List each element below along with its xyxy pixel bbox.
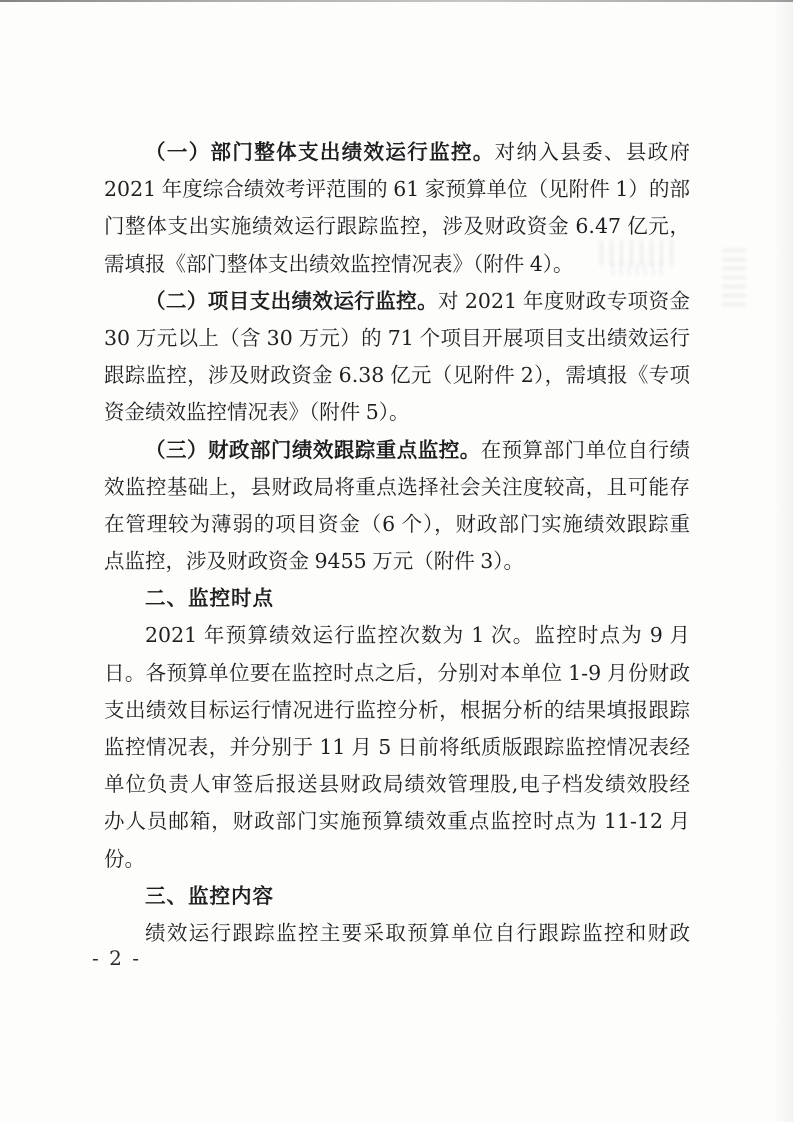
scan-edge-top [0, 0, 793, 2]
text-segment: 份。 [104, 847, 145, 871]
text-line: 在管理较为薄弱的项目资金（6 个），财政部门实施绩效跟踪重 [104, 506, 690, 543]
text-segment: 2021 年度综合绩效考评范围的 61 家预算单位（见附件 1）的部 [104, 177, 690, 201]
text-segment: 2021 年预算绩效运行监控次数为 1 次。监控时点为 9 月 30 [104, 623, 690, 654]
text-segment: 30 万元以上（含 30 万元）的 71 个项目开展项目支出绩效运行 [104, 326, 690, 350]
text-line: 效监控基础上，县财政局将重点选择社会关注度较高，且可能存 [104, 469, 690, 506]
text-segment: 支出绩效目标运行情况进行监控分析，根据分析的结果填报跟踪 [104, 698, 690, 722]
text-segment: （二）项目支出绩效运行监控。 [145, 289, 438, 313]
text-line: 30 万元以上（含 30 万元）的 71 个项目开展项目支出绩效运行 [104, 320, 690, 357]
text-line: 单位负责人审签后报送县财政局绩效管理股,电子档发绩效股经 [104, 766, 690, 803]
text-line: 监控情况表，并分别于 11 月 5 日前将纸质版跟踪监控情况表经 [104, 729, 690, 766]
text-segment: 绩效运行跟踪监控主要采取预算单位自行跟踪监控和财政 [145, 921, 690, 945]
text-segment: 二、监控时点 [145, 586, 274, 610]
scan-edge-right [773, 0, 793, 1122]
text-line: 支出绩效目标运行情况进行监控分析，根据分析的结果填报跟踪 [104, 692, 690, 729]
text-segment: 在预算部门单位自行绩 [481, 438, 690, 462]
document-page: （一）部门整体支出绩效运行监控。对纳入县委、县政府2021 年度综合绩效考评范围… [0, 0, 793, 1122]
document-lines: （一）部门整体支出绩效运行监控。对纳入县委、县政府2021 年度综合绩效考评范围… [104, 134, 690, 952]
text-segment: 跟踪监控，涉及财政资金 6.38 亿元（见附件 2），需填报《专项 [104, 363, 690, 387]
text-segment: 资金绩效监控情况表》（附件 5）。 [104, 400, 410, 424]
text-line: （三）财政部门绩效跟踪重点监控。在预算部门单位自行绩 [104, 432, 690, 469]
text-segment: 日。各预算单位要在监控时点之后，分别对本单位 1-9 月份财政 [104, 661, 690, 685]
text-segment: 需填报《部门整体支出绩效监控情况表》（附件 4）。 [104, 252, 574, 276]
text-segment: 对纳入县委、县政府 [495, 140, 690, 164]
text-line: 办人员邮箱，财政部门实施预算绩效重点监控时点为 11-12 月 [104, 803, 690, 840]
page-number: - 2 - [92, 946, 141, 970]
text-segment: 点监控，涉及财政资金 9455 万元（附件 3）。 [104, 549, 524, 573]
scan-artifact [722, 246, 746, 306]
text-segment: 三、监控内容 [145, 884, 274, 908]
text-segment: 监控情况表，并分别于 11 月 5 日前将纸质版跟踪监控情况表经 [104, 735, 690, 759]
text-line: 份。 [104, 841, 690, 878]
text-segment: 门整体支出实施绩效运行跟踪监控，涉及财政资金 6.47 亿元， [104, 214, 690, 238]
text-line: （二）项目支出绩效运行监控。对 2021 年度财政专项资金 [104, 283, 690, 320]
text-segment: （一）部门整体支出绩效运行监控。 [145, 140, 495, 164]
text-segment: 办人员邮箱，财政部门实施预算绩效重点监控时点为 11-12 月 [104, 809, 690, 833]
text-segment: 在管理较为薄弱的项目资金（6 个），财政部门实施绩效跟踪重 [104, 512, 690, 536]
text-line: 点监控，涉及财政资金 9455 万元（附件 3）。 [104, 543, 690, 580]
text-line: （一）部门整体支出绩效运行监控。对纳入县委、县政府 [104, 134, 690, 171]
text-line: 需填报《部门整体支出绩效监控情况表》（附件 4）。 [104, 246, 690, 283]
text-line: 门整体支出实施绩效运行跟踪监控，涉及财政资金 6.47 亿元， [104, 208, 690, 245]
text-segment: （三）财政部门绩效跟踪重点监控。 [145, 438, 481, 462]
text-segment: 对 2021 年度财政专项资金 [438, 289, 690, 313]
text-line: 二、监控时点 [104, 580, 690, 617]
text-segment: 单位负责人审签后报送县财政局绩效管理股,电子档发绩效股经 [104, 772, 690, 796]
text-line: 三、监控内容 [104, 878, 690, 915]
text-segment: 效监控基础上，县财政局将重点选择社会关注度较高，且可能存 [104, 475, 690, 499]
text-line: 绩效运行跟踪监控主要采取预算单位自行跟踪监控和财政 [104, 915, 690, 952]
text-line: 日。各预算单位要在监控时点之后，分别对本单位 1-9 月份财政 [104, 655, 690, 692]
text-line: 2021 年预算绩效运行监控次数为 1 次。监控时点为 9 月 30 [104, 617, 690, 654]
text-line: 2021 年度综合绩效考评范围的 61 家预算单位（见附件 1）的部 [104, 171, 690, 208]
text-line: 资金绩效监控情况表》（附件 5）。 [104, 394, 690, 431]
text-line: 跟踪监控，涉及财政资金 6.38 亿元（见附件 2），需填报《专项 [104, 357, 690, 394]
